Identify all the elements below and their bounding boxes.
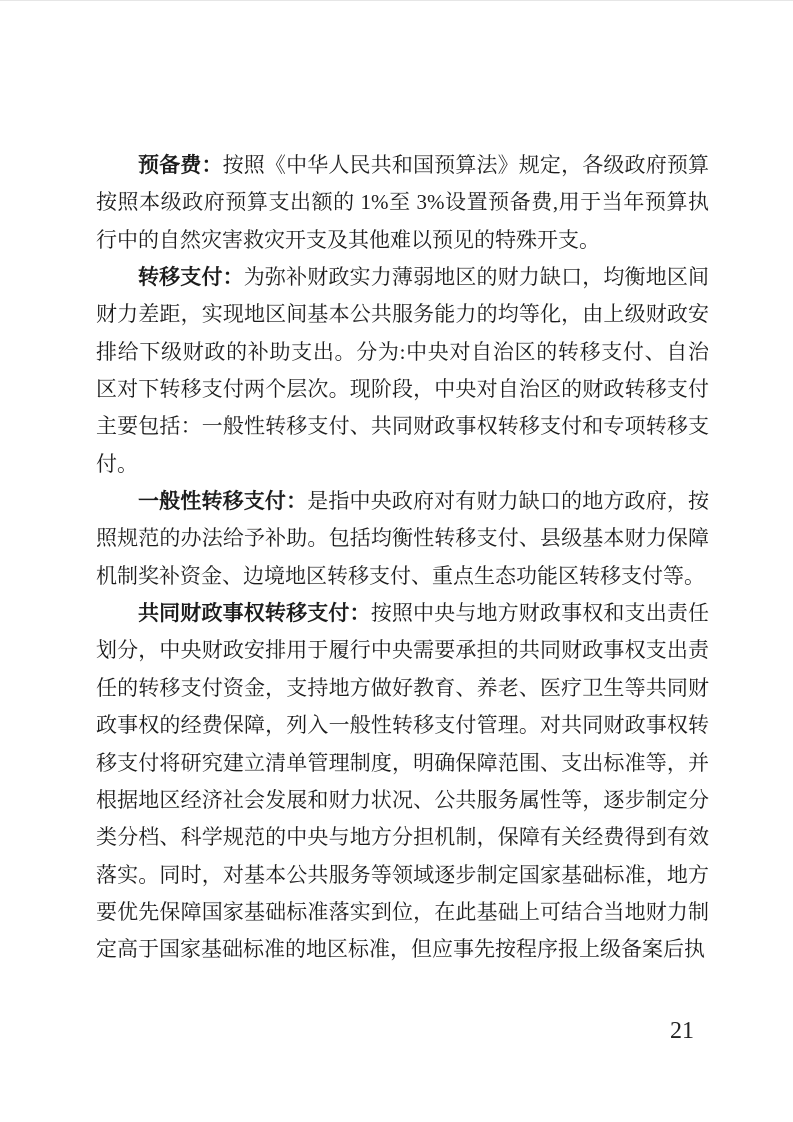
paragraph-transfer-payments: 转移支付：为弥补财政实力薄弱地区的财力缺口，均衡地区间财力差距，实现地区间基本公… (96, 259, 709, 483)
paragraph-shared-fiscal-authority-transfer-payments: 共同财政事权转移支付：按照中央与地方财政事权和支出责任划分，中央财政安排用于履行… (96, 595, 709, 968)
term-general-transfer-payments: 一般性转移支付： (138, 490, 307, 513)
paragraph-shared-fiscal-authority-transfer-payments-text: 按照中央与地方财政事权和支出责任划分，中央财政安排用于履行中央需要承担的共同财政… (96, 601, 709, 961)
term-shared-fiscal-authority-transfer-payments: 共同财政事权转移支付： (138, 602, 371, 625)
term-reserve-funds: 预备费： (138, 154, 223, 177)
paragraph-transfer-payments-text: 为弥补财政实力薄弱地区的财力缺口，均衡地区间财力差距，实现地区间基本公共服务能力… (96, 265, 709, 476)
term-transfer-payments: 转移支付： (138, 266, 244, 289)
document-page: 预备费：按照《中华人民共和国预算法》规定，各级政府预算按照本级政府预算支出额的 … (0, 0, 793, 1122)
paragraph-general-transfer-payments: 一般性转移支付：是指中央政府对有财力缺口的地方政府，按照规范的办法给予补助。包括… (96, 483, 709, 595)
document-body: 预备费：按照《中华人民共和国预算法》规定，各级政府预算按照本级政府预算支出额的 … (96, 147, 709, 969)
page-number: 21 (670, 1016, 694, 1046)
paragraph-reserve-funds: 预备费：按照《中华人民共和国预算法》规定，各级政府预算按照本级政府预算支出额的 … (96, 147, 709, 259)
